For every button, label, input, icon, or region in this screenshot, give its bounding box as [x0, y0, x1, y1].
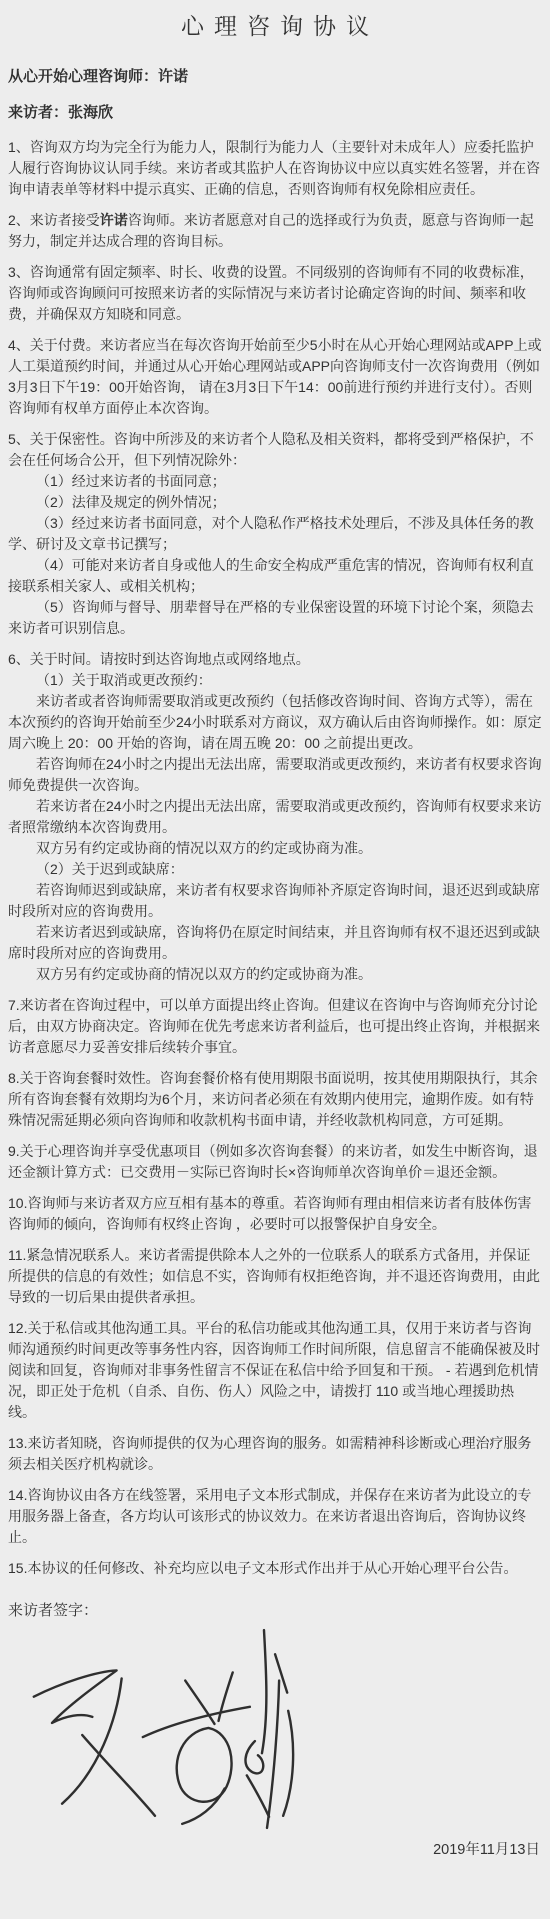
clause-5-item-4: （4）可能对来访者自身或他人的生命安全构成严重危害的情况，咨询师有权利直接联系相… — [8, 555, 542, 597]
clause-10: 10.咨询师与来访者双方应互相有基本的尊重。若咨询师有理由相信来访者有肢体伤害咨… — [8, 1193, 542, 1235]
clause-2: 2、来访者接受许诺咨询师。来访者愿意对自己的选择或行为负责，愿意与咨询师一起努力… — [8, 210, 542, 252]
clause-2-text: 2、来访者接受许诺咨询师。来访者愿意对自己的选择或行为负责，愿意与咨询师一起努力… — [8, 210, 542, 252]
clause-6: 6、关于时间。请按时到达咨询地点或网络地点。 （1）关于取消或更改预约： 来访者… — [8, 649, 542, 985]
clause-3: 3、咨询通常有固定频率、时长、收费的设置。不同级别的咨询师有不同的收费标准，咨询… — [8, 262, 542, 325]
clause-6-item-4: 若来访者在24小时之内提出无法出席，需要取消或更改预约，咨询师有权要求来访者照常… — [8, 796, 542, 838]
clause-7: 7.来访者在咨询过程中，可以单方面提出终止咨询。但建议在咨询中与咨询师充分讨论后… — [8, 995, 542, 1058]
clause-15: 15.本协议的任何修改、补充均应以电子文本形式作出并于从心开始心理平台公告。 — [8, 1558, 542, 1579]
clause-6-intro: 6、关于时间。请按时到达咨询地点或网络地点。 — [8, 649, 542, 670]
clause-11: 11.紧急情况联系人。来访者需提供除本人之外的一位联系人的联系方式备用，并保证所… — [8, 1245, 542, 1308]
clause-4: 4、关于付费。来访者应当在每次咨询开始前至少5小时在从心开始心理网站或APP上或… — [8, 335, 542, 419]
clause-7-text: 7.来访者在咨询过程中，可以单方面提出终止咨询。但建议在咨询中与咨询师充分讨论后… — [8, 995, 542, 1058]
handwritten-signature-icon — [20, 1624, 300, 1836]
visitor-line: 来访者：张海欣 — [8, 101, 542, 122]
clause-12: 12.关于私信或其他沟通工具。平台的私信功能或其他沟通工具，仅用于来访者与咨询师… — [8, 1318, 542, 1423]
clause-5-item-3: （3）经过来访者书面同意，对个人隐私作严格技术处理后，不涉及具体任务的教学、研讨… — [8, 513, 542, 555]
clause-6-item-6: （2）关于迟到或缺席： — [8, 859, 542, 880]
clause-2-prefix: 2、来访者接受 — [8, 212, 100, 228]
clause-15-text: 15.本协议的任何修改、补充均应以电子文本形式作出并于从心开始心理平台公告。 — [8, 1558, 542, 1579]
visitor-signature-image — [20, 1624, 300, 1836]
clause-9-text: 9.关于心理咨询并享受优惠项目（例如多次咨询套餐）的来访者，如发生中断咨询，退还… — [8, 1141, 542, 1183]
clause-6-item-8: 若来访者迟到或缺席，咨询将仍在原定时间结束，并且咨询师有权不退还迟到或缺席时段所… — [8, 922, 542, 964]
clause-6-item-2: 来访者或者咨询师需要取消或更改预约（包括修改咨询时间、咨询方式等），需在本次预约… — [8, 691, 542, 754]
clause-5-intro: 5、关于保密性。咨询中所涉及的来访者个人隐私及相关资料，都将受到严格保护，不会在… — [8, 429, 542, 471]
clause-13-text: 13.来访者知晓，咨询师提供的仅为心理咨询的服务。如需精神科诊断或心理治疗服务须… — [8, 1433, 542, 1475]
clause-14-text: 14.咨询协议由各方在线签署，采用电子文本形式制成，并保存在来访者为此设立的专用… — [8, 1485, 542, 1548]
clause-5-item-1: （1）经过来访者的书面同意； — [8, 471, 542, 492]
clause-12-text: 12.关于私信或其他沟通工具。平台的私信功能或其他沟通工具，仅用于来访者与咨询师… — [8, 1318, 542, 1423]
clause-10-text: 10.咨询师与来访者双方应互相有基本的尊重。若咨询师有理由相信来访者有肢体伤害咨… — [8, 1193, 542, 1235]
agreement-document: 心理咨询协议 从心开始心理咨询师：许诺 来访者：张海欣 1、咨询双方均为完全行为… — [0, 0, 550, 1919]
clause-6-item-7: 若咨询师迟到或缺席，来访者有权要求咨询师补齐原定咨询时间，退还迟到或缺席时段所对… — [8, 880, 542, 922]
clause-6-item-9: 双方另有约定或协商的情况以双方的约定或协商为准。 — [8, 964, 542, 985]
counselor-name-emphasis: 许诺 — [100, 212, 128, 228]
signature-label: 来访者签字： — [8, 1599, 542, 1620]
clause-8: 8.关于咨询套餐时效性。咨询套餐价格有使用期限书面说明，按其使用期限执行，其余所… — [8, 1068, 542, 1131]
clause-14: 14.咨询协议由各方在线签署，采用电子文本形式制成，并保存在来访者为此设立的专用… — [8, 1485, 542, 1548]
clause-8-text: 8.关于咨询套餐时效性。咨询套餐价格有使用期限书面说明，按其使用期限执行，其余所… — [8, 1068, 542, 1131]
clause-6-item-5: 双方另有约定或协商的情况以双方的约定或协商为准。 — [8, 838, 542, 859]
clause-1: 1、咨询双方均为完全行为能力人，限制行为能力人（主要针对未成年人）应委托监护人履… — [8, 137, 542, 200]
clause-13: 13.来访者知晓，咨询师提供的仅为心理咨询的服务。如需精神科诊断或心理治疗服务须… — [8, 1433, 542, 1475]
counselor-line: 从心开始心理咨询师：许诺 — [8, 65, 542, 86]
clause-3-text: 3、咨询通常有固定频率、时长、收费的设置。不同级别的咨询师有不同的收费标准，咨询… — [8, 262, 542, 325]
page-title: 心理咨询协议 — [8, 8, 542, 41]
clause-6-item-3: 若咨询师在24小时之内提出无法出席，需要取消或更改预约，来访者有权要求咨询师免费… — [8, 754, 542, 796]
clause-6-item-1: （1）关于取消或更改预约： — [8, 670, 542, 691]
clause-5-item-5: （5）咨询师与督导、朋辈督导在严格的专业保密设置的环境下讨论个案，须隐去来访者可… — [8, 597, 542, 639]
clause-1-text: 1、咨询双方均为完全行为能力人，限制行为能力人（主要针对未成年人）应委托监护人履… — [8, 137, 542, 200]
agreement-date: 2019年11月13日 — [8, 1838, 540, 1859]
clause-11-text: 11.紧急情况联系人。来访者需提供除本人之外的一位联系人的联系方式备用，并保证所… — [8, 1245, 542, 1308]
clause-9: 9.关于心理咨询并享受优惠项目（例如多次咨询套餐）的来访者，如发生中断咨询，退还… — [8, 1141, 542, 1183]
clause-5: 5、关于保密性。咨询中所涉及的来访者个人隐私及相关资料，都将受到严格保护，不会在… — [8, 429, 542, 639]
clause-4-text: 4、关于付费。来访者应当在每次咨询开始前至少5小时在从心开始心理网站或APP上或… — [8, 335, 542, 419]
clause-5-item-2: （2）法律及规定的例外情况； — [8, 492, 542, 513]
